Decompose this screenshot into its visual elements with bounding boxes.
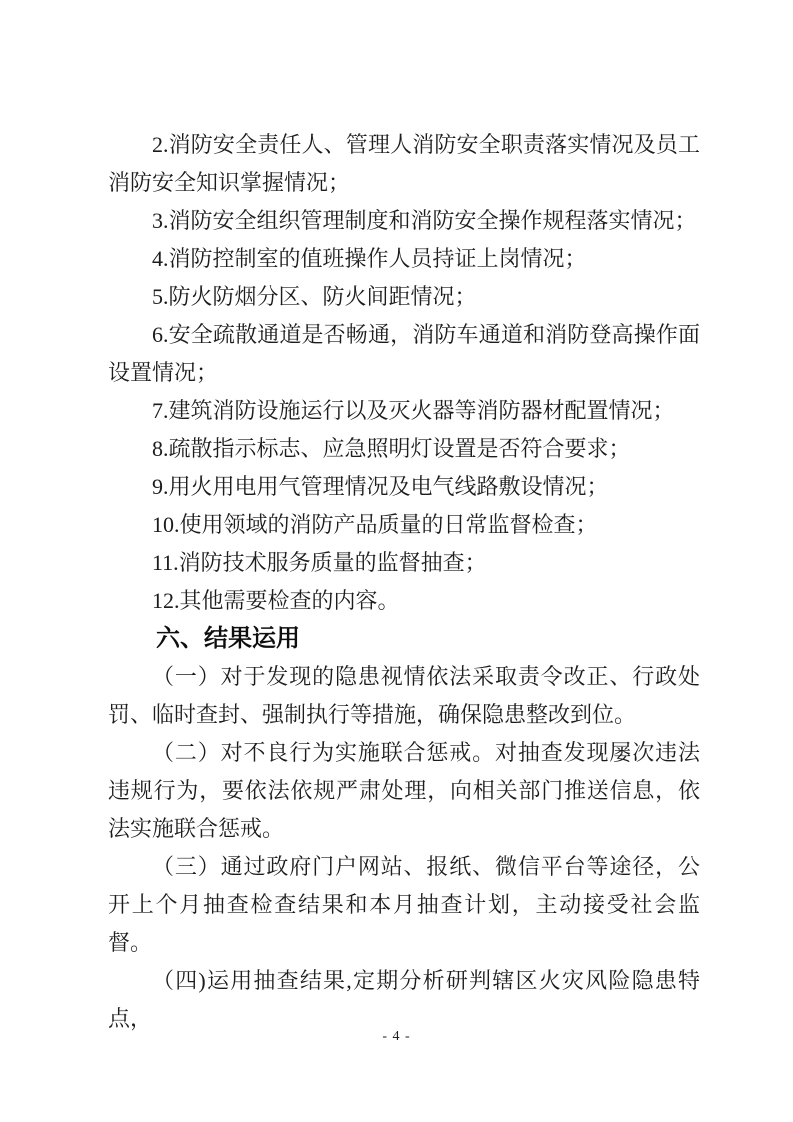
- list-item-10: 10.使用领域的消防产品质量的日常监督检查；: [108, 506, 700, 544]
- paragraph-1: （一）对于发现的隐患视情依法采取责令改正、行政处罚、临时查封、强制执行等措施，确…: [108, 658, 700, 734]
- list-item-3: 3.消防安全组织管理制度和消防安全操作规程落实情况；: [108, 202, 700, 240]
- list-item-7: 7.建筑消防设施运行以及灭火器等消防器材配置情况；: [108, 392, 700, 430]
- paragraph-2: （二）对不良行为实施联合惩戒。对抽查发现屡次违法违规行为，要依法依规严肃处理，向…: [108, 734, 700, 848]
- section-heading: 六、结果运用: [108, 620, 700, 658]
- list-item-8: 8.疏散指示标志、应急照明灯设置是否符合要求；: [108, 430, 700, 468]
- list-item-2: 2.消防安全责任人、管理人消防安全职责落实情况及员工消防安全知识掌握情况；: [108, 126, 700, 202]
- document-page: 2.消防安全责任人、管理人消防安全职责落实情况及员工消防安全知识掌握情况； 3.…: [0, 0, 793, 1122]
- document-body: 2.消防安全责任人、管理人消防安全职责落实情况及员工消防安全知识掌握情况； 3.…: [108, 126, 700, 1038]
- list-item-9: 9.用火用电用气管理情况及电气线路敷设情况；: [108, 468, 700, 506]
- paragraph-3: （三）通过政府门户网站、报纸、微信平台等途径，公开上个月抽查检查结果和本月抽查计…: [108, 848, 700, 962]
- list-item-12: 12.其他需要检查的内容。: [108, 582, 700, 620]
- list-item-6: 6.安全疏散通道是否畅通，消防车通道和消防登高操作面设置情况；: [108, 316, 700, 392]
- list-item-4: 4.消防控制室的值班操作人员持证上岗情况；: [108, 240, 700, 278]
- list-item-11: 11.消防技术服务质量的监督抽查；: [108, 544, 700, 582]
- list-item-5: 5.防火防烟分区、防火间距情况；: [108, 278, 700, 316]
- page-number: - 4 -: [0, 1029, 793, 1045]
- paragraph-4: （四)运用抽查结果,定期分析研判辖区火灾风险隐患特点，: [108, 962, 700, 1038]
